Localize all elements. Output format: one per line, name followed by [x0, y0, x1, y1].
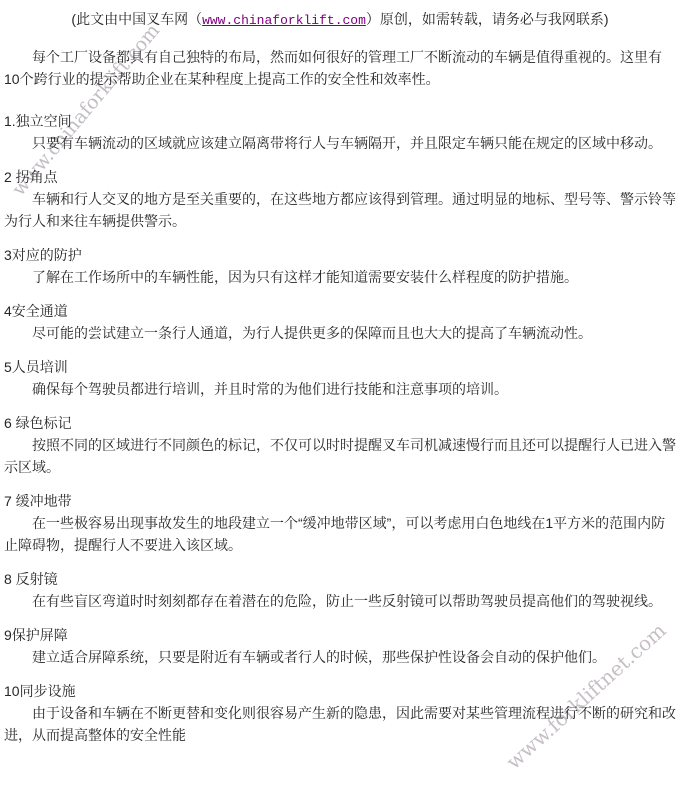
tip-section-7: 7 缓冲地带 在一些极容易出现事故发生的地段建立一个“缓冲地带区域”，可以考虑用…	[4, 490, 676, 556]
chinaforklift-link[interactable]: www.chinaforklift.com	[202, 13, 366, 28]
tip-body: 了解在工作场所中的车辆性能，因为只有这样才能知道需要安装什么样程度的防护措施。	[4, 266, 676, 288]
tip-heading: 6 绿色标记	[4, 412, 676, 434]
article-content: (此文由中国叉车网（www.chinaforklift.com）原创，如需转载，…	[0, 0, 680, 746]
tip-section-1: 1.独立空间 只要有车辆流动的区域就应该建立隔离带将行人与车辆隔开，并且限定车辆…	[4, 110, 676, 154]
tip-heading: 9保护屏障	[4, 624, 676, 646]
tip-heading: 5人员培训	[4, 356, 676, 378]
tip-heading: 3对应的防护	[4, 244, 676, 266]
tip-section-2: 2 拐角点 车辆和行人交叉的地方是至关重要的，在这些地方都应该得到管理。通过明显…	[4, 166, 676, 232]
tip-heading: 7 缓冲地带	[4, 490, 676, 512]
tip-body: 建立适合屏障系统，只要是附近有车辆或者行人的时候，那些保护性设备会自动的保护他们…	[4, 646, 676, 668]
tip-section-8: 8 反射镜 在有些盲区弯道时时刻刻都存在着潜在的危险，防止一些反射镜可以帮助驾驶…	[4, 568, 676, 612]
tip-heading: 10同步设施	[4, 680, 676, 702]
attribution-suffix: ）原创，如需转载，请务必与我网联系)	[366, 11, 609, 27]
tip-heading: 2 拐角点	[4, 166, 676, 188]
tip-body: 在有些盲区弯道时时刻刻都存在着潜在的危险，防止一些反射镜可以帮助驾驶员提高他们的…	[4, 590, 676, 612]
article-page: www.chinaforklift.com www.forkliftnet.co…	[0, 0, 680, 791]
tip-heading: 4安全通道	[4, 300, 676, 322]
tip-body: 按照不同的区域进行不同颜色的标记，不仅可以时时提醒叉车司机减速慢行而且还可以提醒…	[4, 434, 676, 478]
attribution-prefix: (此文由中国叉车网（	[71, 11, 202, 27]
intro-paragraph: 每个工厂设备都具有自己独特的布局，然而如何很好的管理工厂不断流动的车辆是值得重视…	[4, 46, 676, 90]
tip-section-9: 9保护屏障 建立适合屏障系统，只要是附近有车辆或者行人的时候，那些保护性设备会自…	[4, 624, 676, 668]
tip-body: 确保每个驾驶员都进行培训，并且时常的为他们进行技能和注意事项的培训。	[4, 378, 676, 400]
tip-body: 由于设备和车辆在不断更替和变化则很容易产生新的隐患，因此需要对某些管理流程进行不…	[4, 702, 676, 746]
tip-body: 只要有车辆流动的区域就应该建立隔离带将行人与车辆隔开，并且限定车辆只能在规定的区…	[4, 132, 676, 154]
tip-section-3: 3对应的防护 了解在工作场所中的车辆性能，因为只有这样才能知道需要安装什么样程度…	[4, 244, 676, 288]
tip-body: 车辆和行人交叉的地方是至关重要的，在这些地方都应该得到管理。通过明显的地标、型号…	[4, 188, 676, 232]
attribution-line: (此文由中国叉车网（www.chinaforklift.com）原创，如需转载，…	[4, 8, 676, 32]
tip-section-4: 4安全通道 尽可能的尝试建立一条行人通道，为行人提供更多的保障而且也大大的提高了…	[4, 300, 676, 344]
tip-section-5: 5人员培训 确保每个驾驶员都进行培训，并且时常的为他们进行技能和注意事项的培训。	[4, 356, 676, 400]
tip-body: 尽可能的尝试建立一条行人通道，为行人提供更多的保障而且也大大的提高了车辆流动性。	[4, 322, 676, 344]
tip-heading: 8 反射镜	[4, 568, 676, 590]
tip-section-10: 10同步设施 由于设备和车辆在不断更替和变化则很容易产生新的隐患，因此需要对某些…	[4, 680, 676, 746]
tip-body: 在一些极容易出现事故发生的地段建立一个“缓冲地带区域”，可以考虑用白色地线在1平…	[4, 512, 676, 556]
tip-section-6: 6 绿色标记 按照不同的区域进行不同颜色的标记，不仅可以时时提醒叉车司机减速慢行…	[4, 412, 676, 478]
tip-heading: 1.独立空间	[4, 110, 676, 132]
